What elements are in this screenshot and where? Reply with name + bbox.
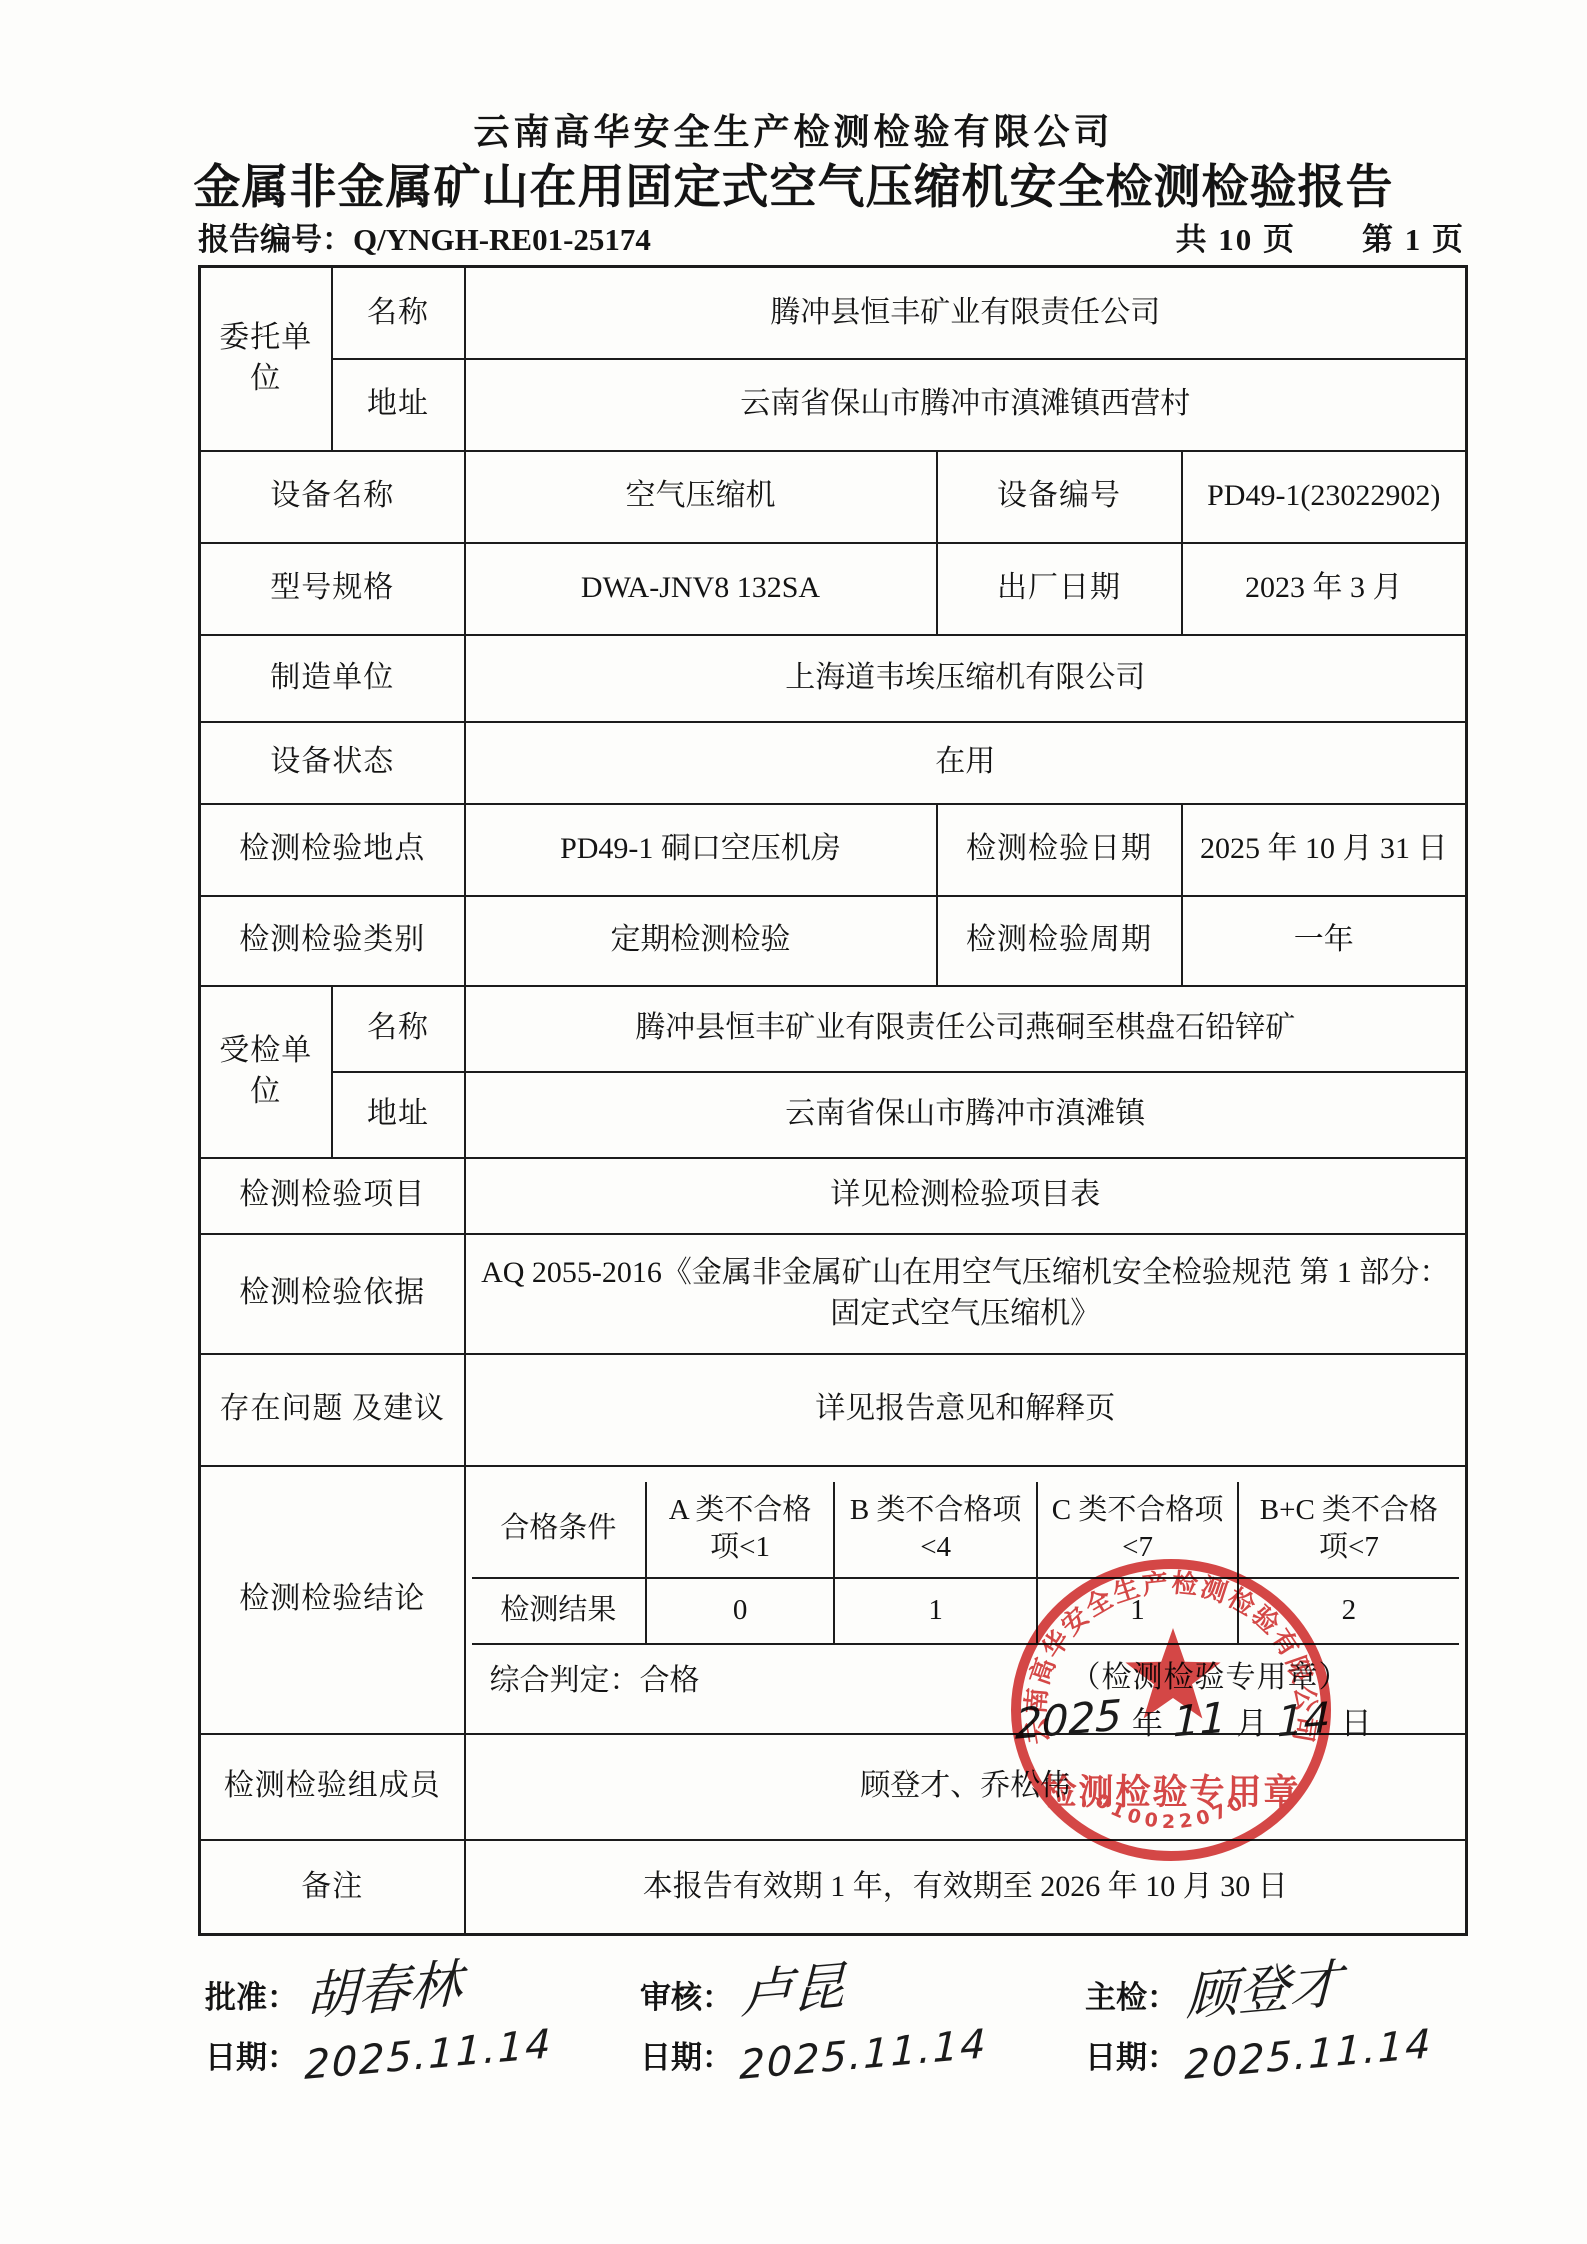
approve-date-group: 日期：2025.11.14 (205, 2032, 553, 2078)
team-label: 检测检验组成员 (200, 1734, 465, 1840)
report-meta: 报告编号：Q/YNGH-RE01-25174 共 10 页 第 1 页 (198, 213, 1465, 259)
pagination: 共 10 页 第 1 页 (1176, 214, 1466, 259)
criteria-table: 合格条件 A 类不合格项<1 B 类不合格项<4 C 类不合格项<7 B+C 类… (472, 1482, 1460, 1645)
seal-date-day-unit: 日 (1341, 1698, 1372, 1743)
mfg-date-label: 出厂日期 (937, 543, 1182, 635)
review-date: 2025.11.14 (739, 2021, 988, 2089)
team-members: 顾登才、乔松伟 (465, 1734, 1467, 1840)
table-row: 检测检验依据 AQ 2055-2016《金属非金属矿山在用空气压缩机安全检验规范… (200, 1234, 1467, 1354)
table-row: 制造单位 上海道韦埃压缩机有限公司 (200, 635, 1467, 722)
table-row: 检测检验地点 PD49-1 硐口空压机房 检测检验日期 2025 年 10 月 … (200, 804, 1467, 896)
status-value: 在用 (465, 722, 1467, 804)
criteria-header-cell: A 类不合格项<1 (646, 1482, 834, 1578)
approve-label: 批准： (205, 1980, 298, 2015)
basis-label: 检测检验依据 (200, 1234, 465, 1354)
table-row: 备注 本报告有效期 1 年，有效期至 2026 年 10 月 30 日 (200, 1840, 1467, 1935)
remark-value: 本报告有效期 1 年，有效期至 2026 年 10 月 30 日 (465, 1840, 1467, 1935)
inspected-address-value: 云南省保山市腾冲市滇滩镇 (465, 1072, 1467, 1158)
chief-signature: 顾登才 (1186, 1941, 1343, 2030)
remark-label: 备注 (200, 1840, 465, 1935)
inspection-date-label: 检测检验日期 (937, 804, 1182, 896)
status-label: 设备状态 (200, 722, 465, 804)
company-name: 云南高华安全生产检测检验有限公司 (0, 104, 1587, 155)
device-name-label: 设备名称 (200, 451, 465, 543)
basis-value: AQ 2055-2016《金属非金属矿山在用空气压缩机安全检验规范 第 1 部分… (465, 1234, 1467, 1354)
table-row: 委托单位 名称 腾冲县恒丰矿业有限责任公司 (200, 267, 1467, 359)
approve-date: 2025.11.14 (304, 2021, 553, 2089)
chief-date-group: 日期：2025.11.14 (1085, 2032, 1433, 2078)
chief-label: 主检： (1085, 1980, 1178, 2015)
client-group-label: 委托单位 (200, 267, 332, 451)
cycle-label: 检测检验周期 (937, 896, 1182, 986)
review-label: 审核： (640, 1980, 733, 2015)
model-value: DWA-JNV8 132SA (465, 543, 937, 635)
items-label: 检测检验项目 (200, 1158, 465, 1234)
chief-date-label: 日期： (1085, 2040, 1178, 2075)
report-page: 云南高华安全生产检测检验有限公司 金属非金属矿山在用固定式空气压缩机安全检测检验… (0, 0, 1587, 2244)
category-value: 定期检测检验 (465, 896, 937, 986)
chief-group: 主检：顾登才 (1085, 1948, 1342, 2023)
criteria-header-cell: 合格条件 (472, 1482, 647, 1578)
client-address-label: 地址 (332, 359, 465, 451)
seal-date-day: 14 (1277, 1697, 1331, 1744)
approve-signature: 胡春林 (306, 1941, 463, 2030)
review-signature: 卢昆 (741, 1943, 846, 2027)
conclusion-label: 检测检验结论 (200, 1466, 465, 1734)
table-row: 设备名称 空气压缩机 设备编号 PD49-1(23022902) (200, 451, 1467, 543)
location-value: PD49-1 硐口空压机房 (465, 804, 937, 896)
inspection-date-value: 2025 年 10 月 31 日 (1182, 804, 1467, 896)
table-row: 存在问题 及建议 详见报告意见和解释页 (200, 1354, 1467, 1466)
manufacturer-value: 上海道韦埃压缩机有限公司 (465, 635, 1467, 722)
review-date-label: 日期： (640, 2040, 733, 2075)
criteria-header-cell: B+C 类不合格项<7 (1238, 1482, 1459, 1578)
result-value-a: 0 (646, 1578, 834, 1644)
device-name-value: 空气压缩机 (465, 451, 937, 543)
seal-date-year-unit: 年 (1132, 1698, 1163, 1743)
cycle-value: 一年 (1182, 896, 1467, 986)
table-row: 设备状态 在用 (200, 722, 1467, 804)
approve-date-label: 日期： (205, 2040, 298, 2075)
client-name-label: 名称 (332, 267, 465, 359)
location-label: 检测检验地点 (200, 804, 465, 896)
result-value-c: 1 (1037, 1578, 1237, 1644)
manufacturer-label: 制造单位 (200, 635, 465, 722)
approve-group: 批准：胡春林 (205, 1948, 462, 2023)
report-title: 金属非金属矿山在用固定式空气压缩机安全检测检验报告 (0, 150, 1587, 217)
table-row: 受检单位 名称 腾冲县恒丰矿业有限责任公司燕硐至棋盘石铅锌矿 (200, 986, 1467, 1072)
mfg-date-value: 2023 年 3 月 (1182, 543, 1467, 635)
table-row: 地址 云南省保山市腾冲市滇滩镇 (200, 1072, 1467, 1158)
inspected-name-value: 腾冲县恒丰矿业有限责任公司燕硐至棋盘石铅锌矿 (465, 986, 1467, 1072)
client-address-value: 云南省保山市腾冲市滇滩镇西营村 (465, 359, 1467, 451)
inspected-group-label: 受检单位 (200, 986, 332, 1158)
table-row: 地址 云南省保山市腾冲市滇滩镇西营村 (200, 359, 1467, 451)
table-row: 检测检验类别 定期检测检验 检测检验周期 一年 (200, 896, 1467, 986)
items-value: 详见检测检验项目表 (465, 1158, 1467, 1234)
seal-note-text: （检测检验专用章） (1020, 1652, 1400, 1696)
device-no-label: 设备编号 (937, 451, 1182, 543)
inspected-address-label: 地址 (332, 1072, 465, 1158)
inspected-name-label: 名称 (332, 986, 465, 1072)
category-label: 检测检验类别 (200, 896, 465, 986)
seal-date-year: 2025 (1015, 1694, 1122, 1746)
result-value-bc: 2 (1238, 1578, 1459, 1644)
result-value-b: 1 (834, 1578, 1037, 1644)
table-row: 型号规格 DWA-JNV8 132SA 出厂日期 2023 年 3 月 (200, 543, 1467, 635)
table-row: 检测检验项目 详见检测检验项目表 (200, 1158, 1467, 1234)
review-group: 审核：卢昆 (640, 1948, 845, 2023)
review-date-group: 日期：2025.11.14 (640, 2032, 988, 2078)
criteria-result-row: 检测结果 0 1 1 2 (472, 1578, 1460, 1644)
criteria-header-cell: B 类不合格项<4 (834, 1482, 1037, 1578)
seal-date-line: 2025 年 11 月 14 日 (1015, 1698, 1435, 1743)
result-label: 检测结果 (472, 1578, 647, 1644)
seal-date-month: 11 (1173, 1697, 1227, 1744)
issues-value: 详见报告意见和解释页 (465, 1354, 1467, 1466)
issues-label: 存在问题 及建议 (200, 1354, 465, 1466)
report-number: 报告编号：Q/YNGH-RE01-25174 (198, 214, 651, 259)
chief-date: 2025.11.14 (1184, 2021, 1433, 2089)
seal-date-month-unit: 月 (1236, 1698, 1267, 1743)
table-row: 检测检验组成员 顾登才、乔松伟 (200, 1734, 1467, 1840)
criteria-header-cell: C 类不合格项<7 (1037, 1482, 1237, 1578)
client-name-value: 腾冲县恒丰矿业有限责任公司 (465, 267, 1467, 359)
device-no-value: PD49-1(23022902) (1182, 451, 1467, 543)
criteria-header-row: 合格条件 A 类不合格项<1 B 类不合格项<4 C 类不合格项<7 B+C 类… (472, 1482, 1460, 1578)
model-label: 型号规格 (200, 543, 465, 635)
